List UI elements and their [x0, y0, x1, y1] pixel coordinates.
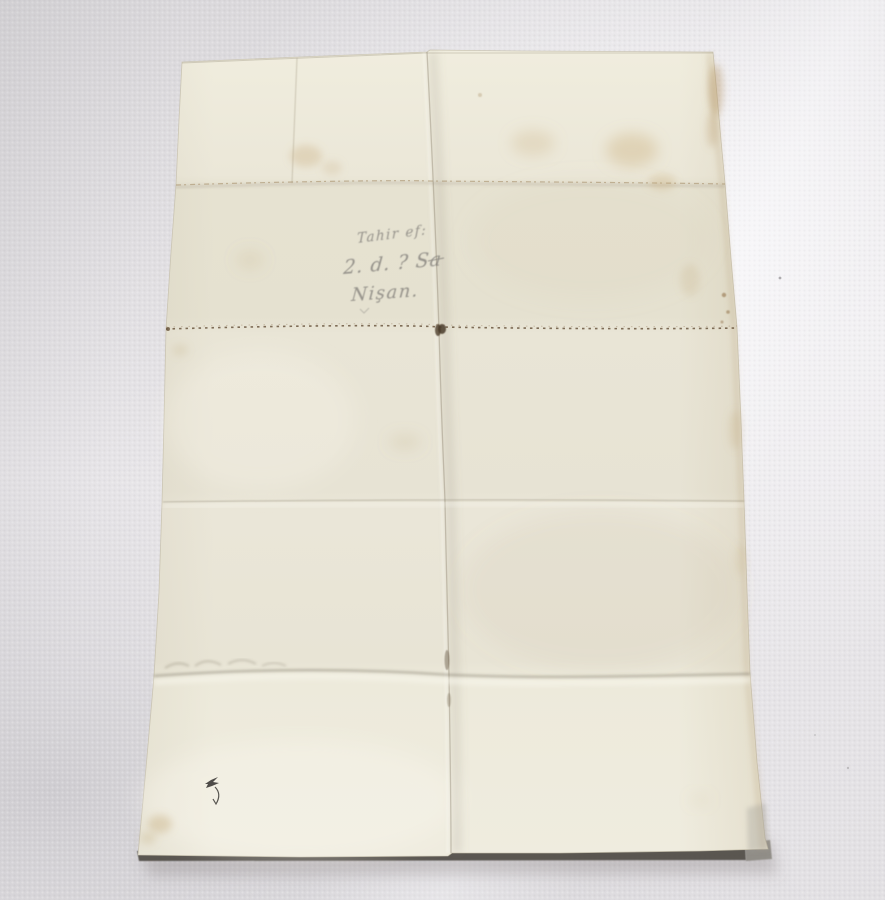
- photo-canvas: Tahir ef: 2. d. ? Sa Nişan.: [0, 0, 885, 900]
- dust-specks: [779, 277, 850, 770]
- paper-photo-svg: Tahir ef: 2. d. ? Sa Nişan.: [0, 0, 885, 900]
